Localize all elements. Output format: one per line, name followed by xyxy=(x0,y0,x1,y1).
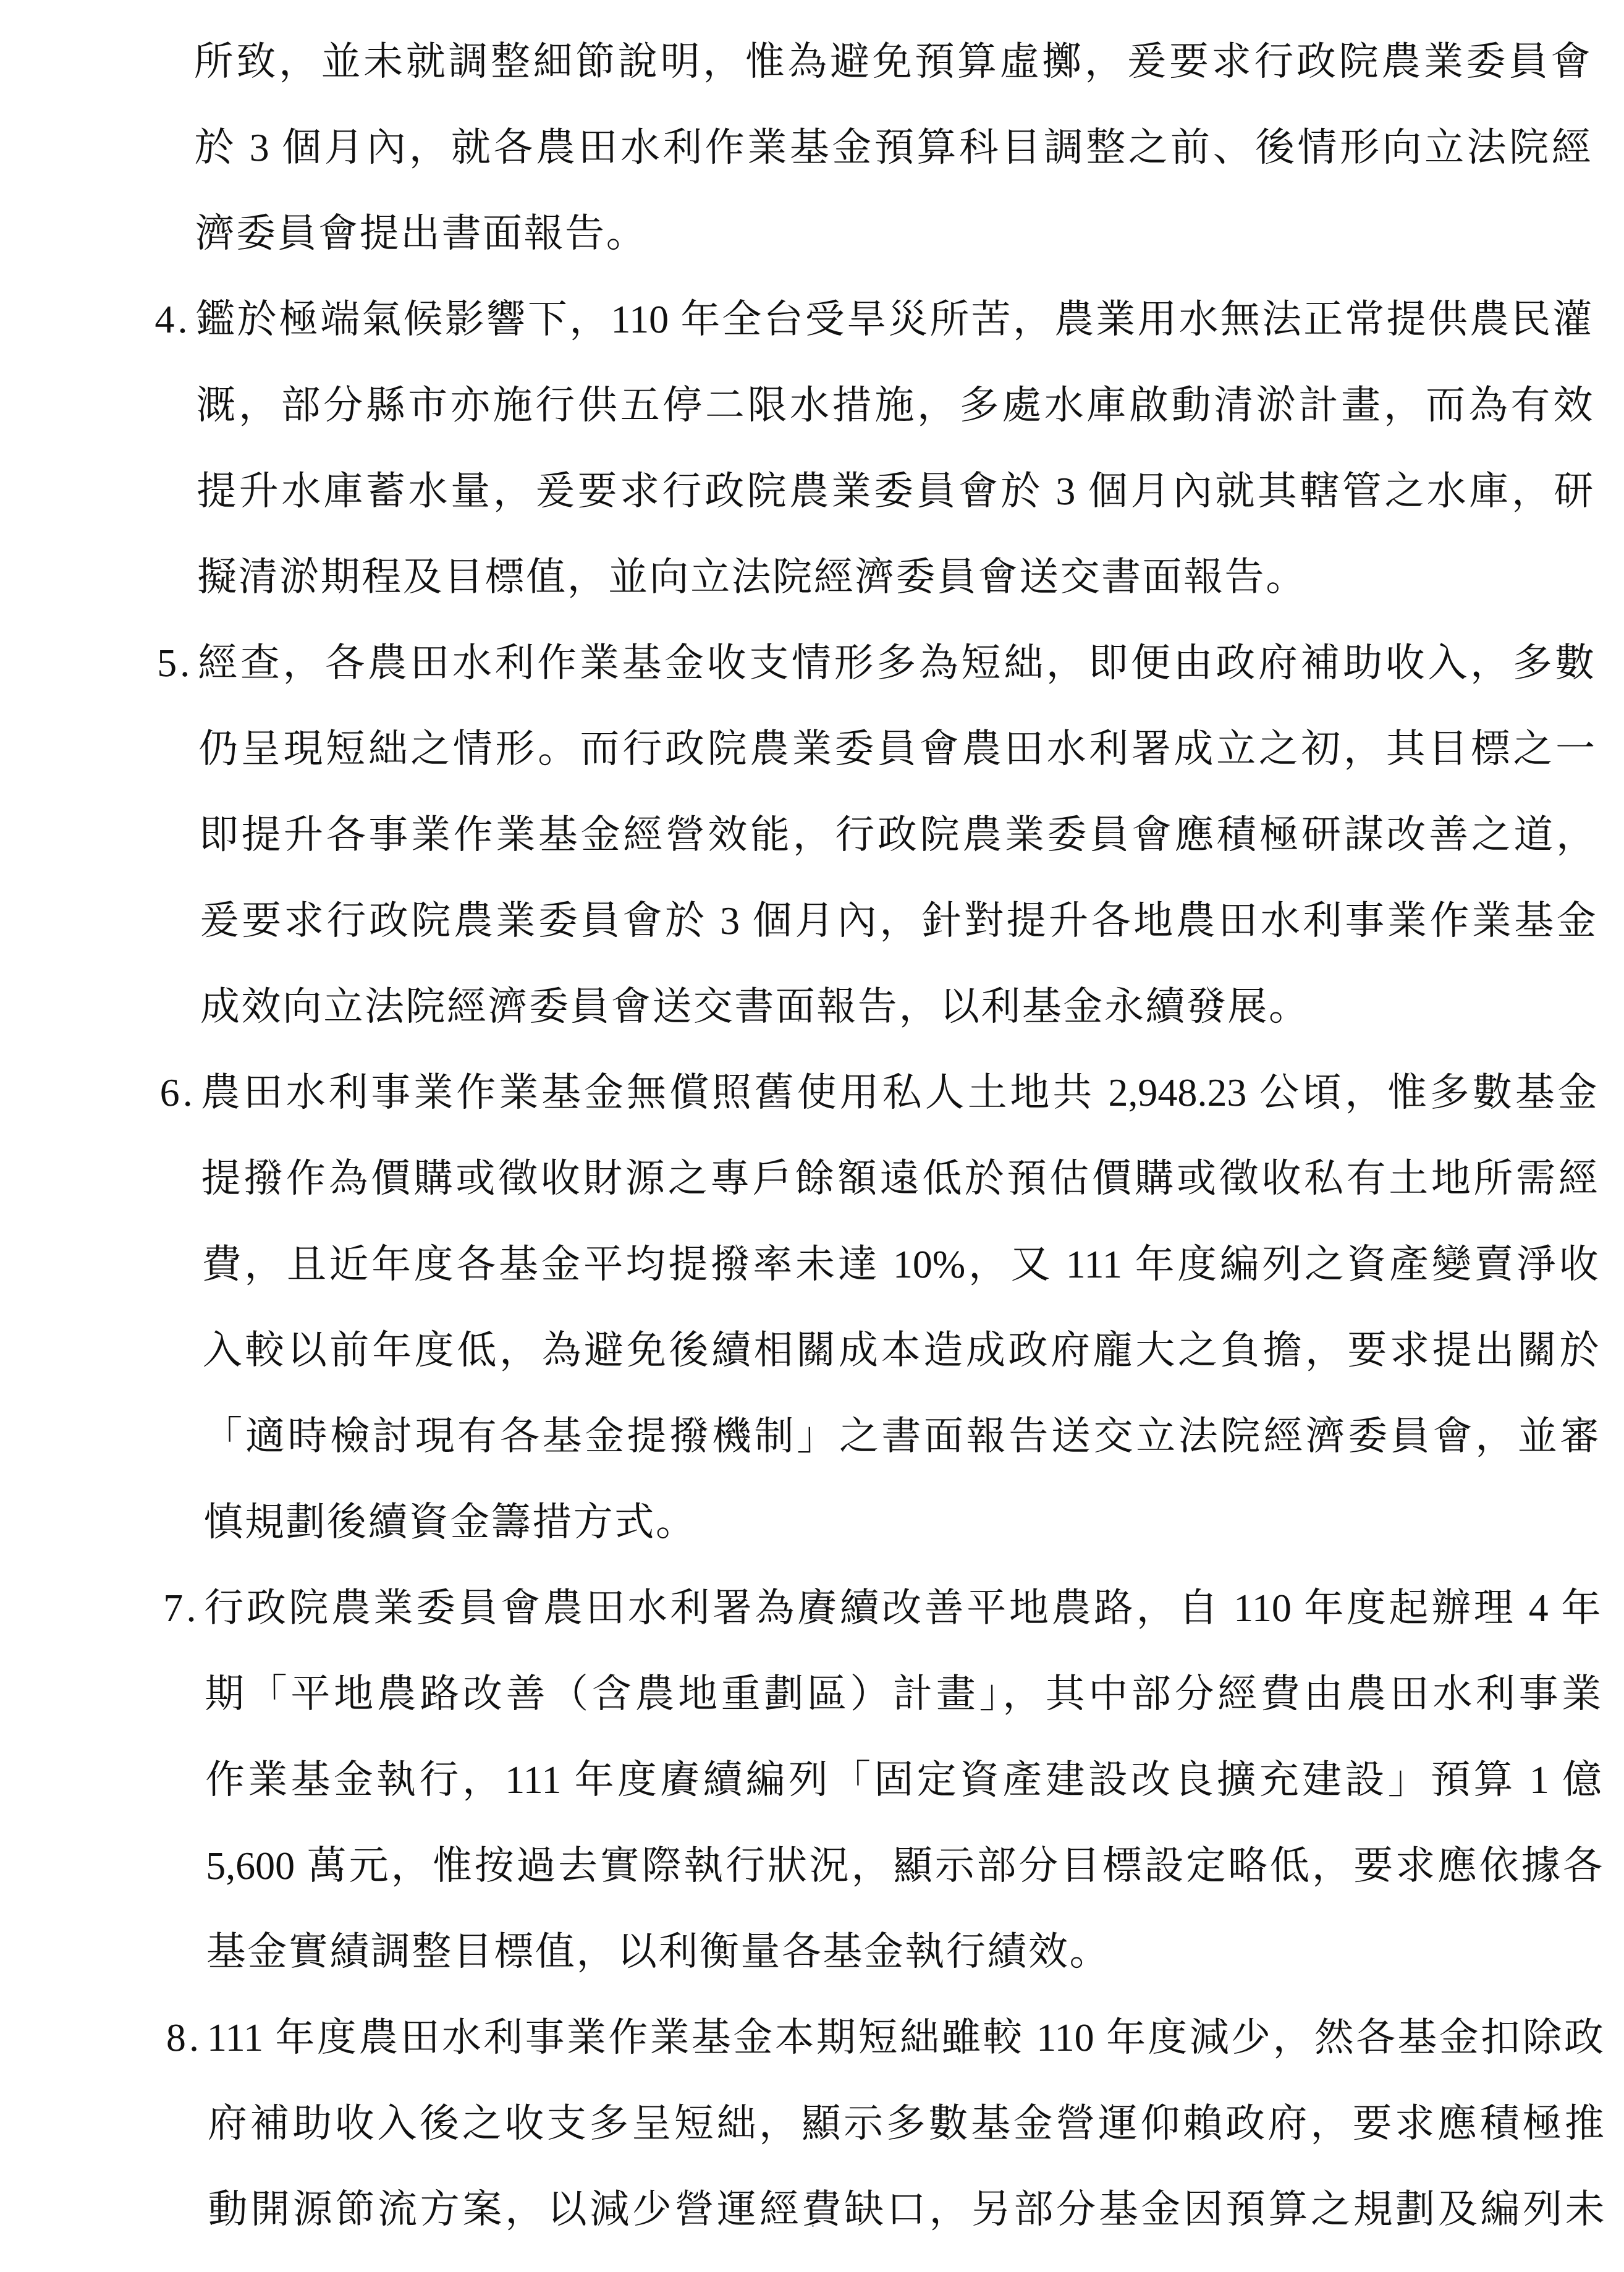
text-line: 所致，並未就調整細節說明，惟為避免預算虛擲，爰要求行政院農業委員會 xyxy=(193,19,1591,104)
list-item-8: 8. 111 年度農田水利事業作業基金本期短絀雖較 110 年度減少，然各基金扣… xyxy=(206,1994,1605,2252)
text-line: 鑑於極端氣候影響下，110 年全台受旱災所苦，農業用水無法正常提供農民灌 xyxy=(195,276,1592,362)
text-line: 入較以前年度低，為避免後續相關成本造成政府龐大之負擔，要求提出關於 xyxy=(202,1307,1599,1393)
text-line: 擬清淤期程及目標值，並向立法院經濟委員會送交書面報告。 xyxy=(197,534,1594,620)
text-line: 府補助收入後之收支多呈短絀，顯示多數基金營運仰賴政府，要求應積極推 xyxy=(207,2080,1604,2166)
text-line: 提撥作為價購或徵收財源之專戶餘額遠低於預估價購或徵收私有土地所需經 xyxy=(201,1135,1598,1221)
text-line: 111 年度農田水利事業作業基金本期短絀雖較 110 年度減少，然各基金扣除政 xyxy=(206,1994,1604,2080)
text-line: 成效向立法院經濟委員會送交書面報告，以利基金永續發展。 xyxy=(200,964,1597,1049)
text-line: 爰要求行政院農業委員會於 3 個月內，針對提升各地農田水利事業作業基金 xyxy=(199,878,1596,964)
document-page: 所致，並未就調整細節說明，惟為避免預算虛擲，爰要求行政院農業委員會 於 3 個月… xyxy=(0,0,1624,2272)
text-line: 溉，部分縣市亦施行供五停二限水措施，多處水庫啟動清淤計畫，而為有效 xyxy=(196,362,1593,448)
text-line: 即提升各事業作業基金經營效能，行政院農業委員會應積極研謀改善之道， xyxy=(198,792,1596,878)
text-line: 5,600 萬元，惟按過去實際執行狀況，顯示部分目標設定略低，要求應依據各 xyxy=(206,1823,1603,1909)
text-line: 基金實績調整目標值，以利衡量各基金執行績效。 xyxy=(206,1909,1603,1994)
list-item-5: 5. 經查，各農田水利作業基金收支情形多為短絀，即便由政府補助收入，多數 仍呈現… xyxy=(198,620,1597,1049)
text-line: 作業基金執行，111 年度賡續編列「固定資產建設改良擴充建設」預算 1 億 xyxy=(205,1737,1602,1823)
text-line: 提升水庫蓄水量，爰要求行政院農業委員會於 3 個月內就其轄管之水庫，研 xyxy=(197,448,1594,534)
text-line: 慎規劃後續資金籌措方式。 xyxy=(203,1479,1601,1565)
list-item-7: 7. 行政院農業委員會農田水利署為賡續改善平地農路，自 110 年度起辦理 4 … xyxy=(204,1565,1604,1994)
item-number: 4. xyxy=(154,276,191,362)
scan-speck xyxy=(798,1020,800,1022)
item-number: 5. xyxy=(157,620,193,706)
item-number: 7. xyxy=(163,1565,200,1651)
text-line: 動開源節流方案，以減少營運經費缺口，另部分基金因預算之規劃及編列未 xyxy=(208,2166,1605,2252)
text-line: 經查，各農田水利作業基金收支情形多為短絀，即便由政府補助收入，多數 xyxy=(198,620,1595,706)
text-line: 於 3 個月內，就各農田水利作業基金預算科目調整之前、後情形向立法院經 xyxy=(194,104,1591,190)
paragraph-continued: 所致，並未就調整細節說明，惟為避免預算虛擲，爰要求行政院農業委員會 於 3 個月… xyxy=(193,19,1592,276)
text-line: 費，且近年度各基金平均提撥率未達 10%，又 111 年度編列之資產變賣淨收 xyxy=(201,1221,1599,1307)
text-line: 「適時檢討現有各基金提撥機制」之書面報告送交立法院經濟委員會，並審 xyxy=(203,1393,1600,1479)
text-line: 濟委員會提出書面報告。 xyxy=(195,190,1592,276)
document-body: 所致，並未就調整細節說明，惟為避免預算虛擲，爰要求行政院農業委員會 於 3 個月… xyxy=(193,19,1605,2252)
text-line: 仍呈現短絀之情形。而行政院農業委員會農田水利署成立之初，其目標之一 xyxy=(198,706,1596,792)
scan-speck xyxy=(812,2225,814,2227)
list-item-4: 4. 鑑於極端氣候影響下，110 年全台受旱災所苦，農業用水無法正常提供農民灌 … xyxy=(195,276,1594,620)
text-line: 行政院農業委員會農田水利署為賡續改善平地農路，自 110 年度起辦理 4 年 xyxy=(204,1565,1601,1651)
item-number: 8. xyxy=(166,1994,202,2080)
text-line: 農田水利事業作業基金無償照舊使用私人土地共 2,948.23 公頃，惟多數基金 xyxy=(200,1049,1597,1135)
item-number: 6. xyxy=(159,1049,196,1135)
list-item-6: 6. 農田水利事業作業基金無償照舊使用私人土地共 2,948.23 公頃，惟多數… xyxy=(200,1049,1601,1565)
text-line: 期「平地農路改善（含農地重劃區）計畫」，其中部分經費由農田水利事業 xyxy=(205,1651,1602,1737)
